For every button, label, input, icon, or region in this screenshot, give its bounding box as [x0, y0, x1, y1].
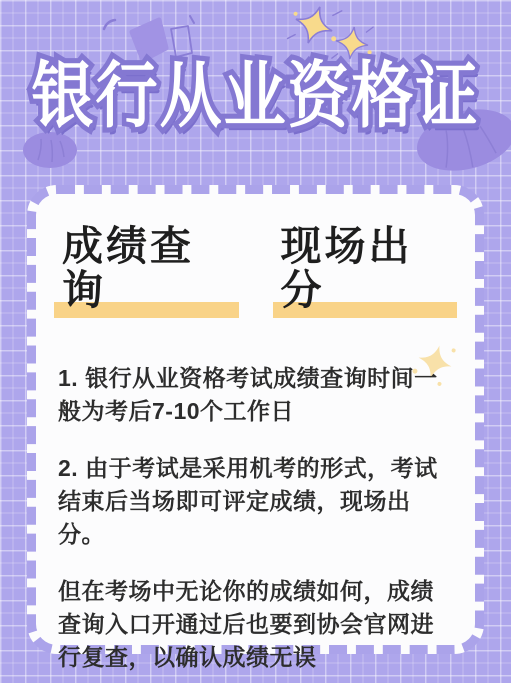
card-heading: 成绩查询 现场出分 [54, 224, 457, 318]
content-card: 成绩查询 现场出分 1. 银行从业资格考试成绩查询时间一般为考后7-10个工作日… [27, 185, 484, 654]
paragraph-1: 1. 银行从业资格考试成绩查询时间一般为考后7-10个工作日 [54, 362, 457, 428]
sparkle-icon [286, 0, 345, 53]
shell-blob-icon [23, 132, 77, 168]
doodle-dash-icon [104, 20, 115, 29]
paragraph-3: 但在考场中无论你的成绩如何，成绩查询入口开通过后也要到协会官网进行复查，以确认成… [54, 575, 457, 674]
content-card-inner: 成绩查询 现场出分 1. 银行从业资格考试成绩查询时间一般为考后7-10个工作日… [36, 194, 475, 645]
heading-onsite-score: 现场出分 [273, 224, 458, 318]
heading-score-query: 成绩查询 [54, 224, 239, 318]
cup-icon [132, 20, 166, 60]
poster-title-text: 银行从业资格证 [31, 57, 479, 137]
poster: 银行从业资格证 银行从业资格证 成绩查询 现场出分 1. 银行从业资格考试成绩查… [0, 0, 511, 683]
poster-title: 银行从业资格证 银行从业资格证 [0, 58, 511, 137]
cup-outline-icon [171, 16, 194, 57]
paragraph-2: 2. 由于考试是采用机考的形式，考试结束后当场即可评定成绩，现场出分。 [54, 452, 457, 551]
